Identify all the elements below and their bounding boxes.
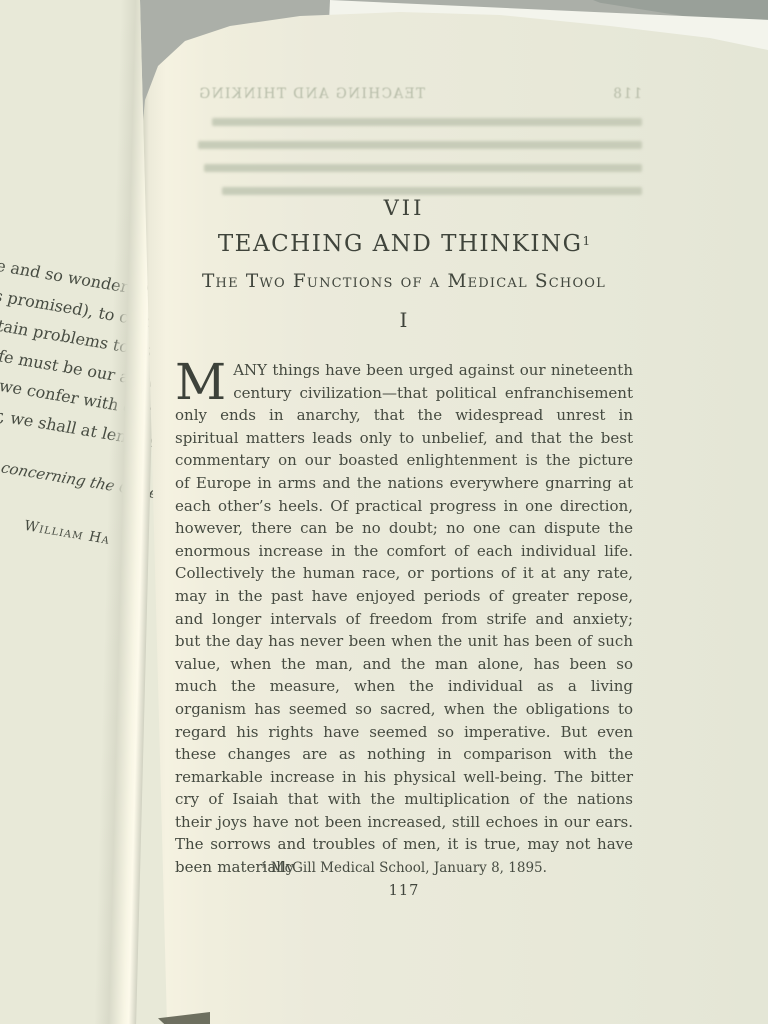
open-book-photo: 118 TEACHING AND THINKING VII TEACHING A… (0, 0, 768, 1024)
right-page: 118 TEACHING AND THINKING VII TEACHING A… (140, 0, 768, 1024)
footnote-marker: 1 (583, 234, 591, 248)
right-page-content: VII TEACHING AND THINKING1 The Two Funct… (140, 0, 768, 1024)
page-number: 117 (175, 883, 633, 899)
chapter-subtitle: The Two Functions of a Medical School (175, 271, 633, 292)
body-paragraph-text: ANY things have been urged against our n… (175, 361, 633, 876)
citation-line: ercitations concerning the Gene (0, 439, 152, 506)
body-paragraph: MANY things have been urged against our … (175, 359, 633, 879)
drop-cap: M (175, 363, 226, 401)
footnote: ¹ McGill Medical School, January 8, 1895… (175, 860, 633, 876)
chapter-number: VII (175, 196, 633, 220)
attribution: William Ha (0, 491, 114, 554)
chapter-title: TEACHING AND THINKING1 (175, 231, 633, 257)
section-number: I (175, 308, 633, 332)
chapter-title-text: TEACHING AND THINKING (218, 231, 583, 257)
